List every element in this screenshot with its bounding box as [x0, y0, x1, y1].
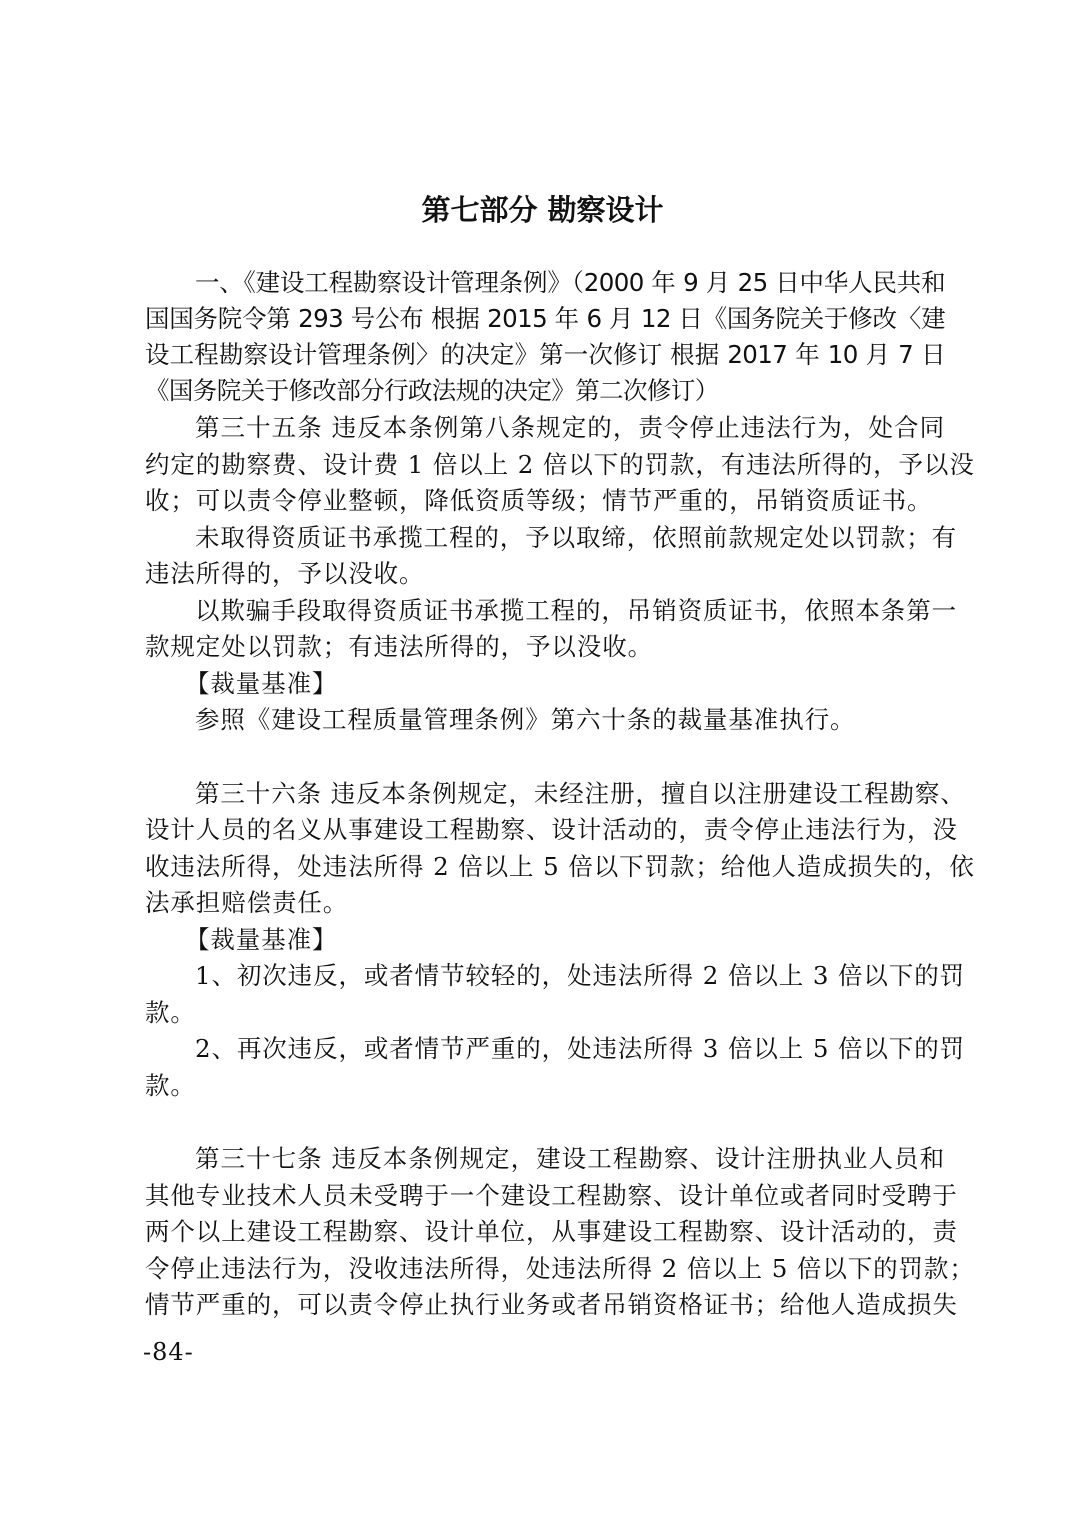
regulation-heading-line-3: 设工程勘察设计管理条例〉的决定》第一次修订 根据 2017 年 10 月 7 日	[145, 337, 945, 373]
article-37-line-4: 令停止违法行为，没收违法所得，处违法所得 2 倍以上 5 倍以下的罚款；	[145, 1251, 945, 1287]
article-36-line-3: 收违法所得，处违法所得 2 倍以上 5 倍以下罚款；给他人造成损失的，依	[145, 849, 945, 885]
article-37-line-5: 情节严重的，可以责令停止执行业务或者吊销资格证书；给他人造成损失	[145, 1287, 945, 1323]
article-36-criteria-line-2: 款。	[145, 995, 945, 1031]
article-36-line-2: 设计人员的名义从事建设工程勘察、设计活动的，责令停止违法行为，没	[145, 812, 945, 848]
article-35-line-6: 以欺骗手段取得资质证书承揽工程的，吊销资质证书，依照本条第一	[145, 593, 945, 629]
article-37-line-3: 两个以上建设工程勘察、设计单位，从事建设工程勘察、设计活动的，责	[145, 1214, 945, 1250]
article-36-criteria-line-4: 款。	[145, 1068, 945, 1104]
regulation-heading-line-4: 《国务院关于修改部分行政法规的决定》第二次修订）	[145, 373, 945, 409]
article-35-criteria-line-1: 参照《建设工程质量管理条例》第六十条的裁量基准执行。	[145, 702, 945, 738]
article-36-criteria-line-3: 2、再次违反，或者情节严重的，处违法所得 3 倍以上 5 倍以下的罚	[145, 1031, 945, 1067]
page-number: -84-	[143, 1338, 194, 1366]
article-35-line-5: 违法所得的，予以没收。	[145, 556, 945, 592]
article-36-criteria-label: 【裁量基准】	[185, 922, 985, 958]
article-35-line-3: 收；可以责令停业整顿，降低资质等级；情节严重的，吊销资质证书。	[145, 483, 945, 519]
article-37-line-2: 其他专业技术人员未受聘于一个建设工程勘察、设计单位或者同时受聘于	[145, 1178, 945, 1214]
document-page: 第七部分 勘察设计 一、《建设工程勘察设计管理条例》（2000 年 9 月 25…	[0, 0, 1075, 1520]
article-37-line-1: 第三十七条 违反本条例规定，建设工程勘察、设计注册执业人员和	[145, 1141, 945, 1177]
article-35-line-2: 约定的勘察费、设计费 1 倍以上 2 倍以下的罚款，有违法所得的，予以没	[145, 447, 945, 483]
article-36-line-1: 第三十六条 违反本条例规定，未经注册，擅自以注册建设工程勘察、	[145, 776, 945, 812]
regulation-heading-line-1: 一、《建设工程勘察设计管理条例》（2000 年 9 月 25 日中华人民共和	[145, 265, 945, 301]
section-title: 第七部分 勘察设计	[0, 188, 1075, 229]
regulation-heading-line-2: 国国务院令第 293 号公布 根据 2015 年 6 月 12 日《国务院关于修…	[145, 301, 945, 337]
article-35-line-4: 未取得资质证书承揽工程的，予以取缔，依照前款规定处以罚款；有	[145, 520, 945, 556]
article-35-line-7: 款规定处以罚款；有违法所得的，予以没收。	[145, 629, 945, 665]
article-35-line-1: 第三十五条 违反本条例第八条规定的，责令停止违法行为，处合同	[145, 410, 945, 446]
article-35-criteria-label: 【裁量基准】	[185, 666, 985, 702]
article-36-line-4: 法承担赔偿责任。	[145, 885, 945, 921]
article-36-criteria-line-1: 1、初次违反，或者情节较轻的，处违法所得 2 倍以上 3 倍以下的罚	[145, 958, 945, 994]
